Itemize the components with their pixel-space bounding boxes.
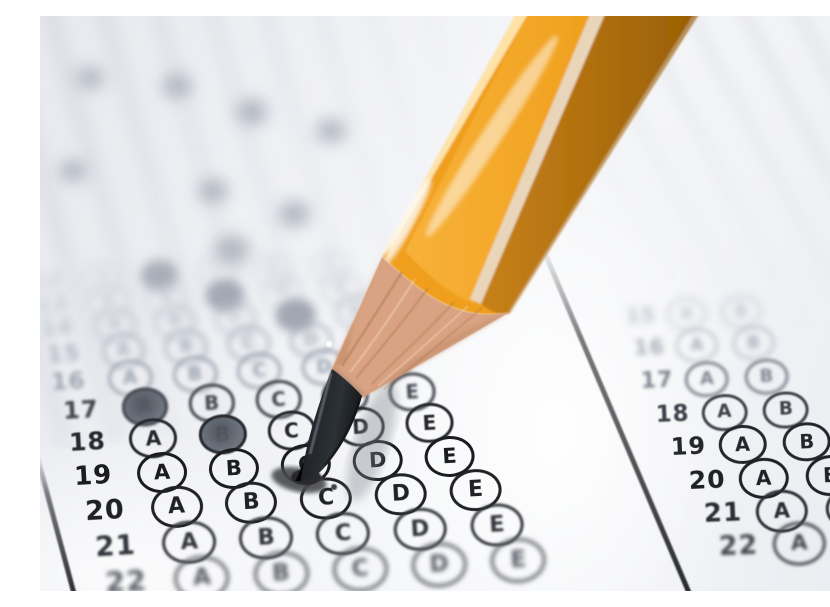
pencil bbox=[40, 16, 830, 591]
pencil-body bbox=[380, 16, 700, 315]
paper-glint bbox=[326, 341, 332, 347]
scantron-pencil-photo: 12ABCDE13ABCDE14ABCDE15ABCDE16ABCDE17ABC… bbox=[40, 16, 830, 591]
